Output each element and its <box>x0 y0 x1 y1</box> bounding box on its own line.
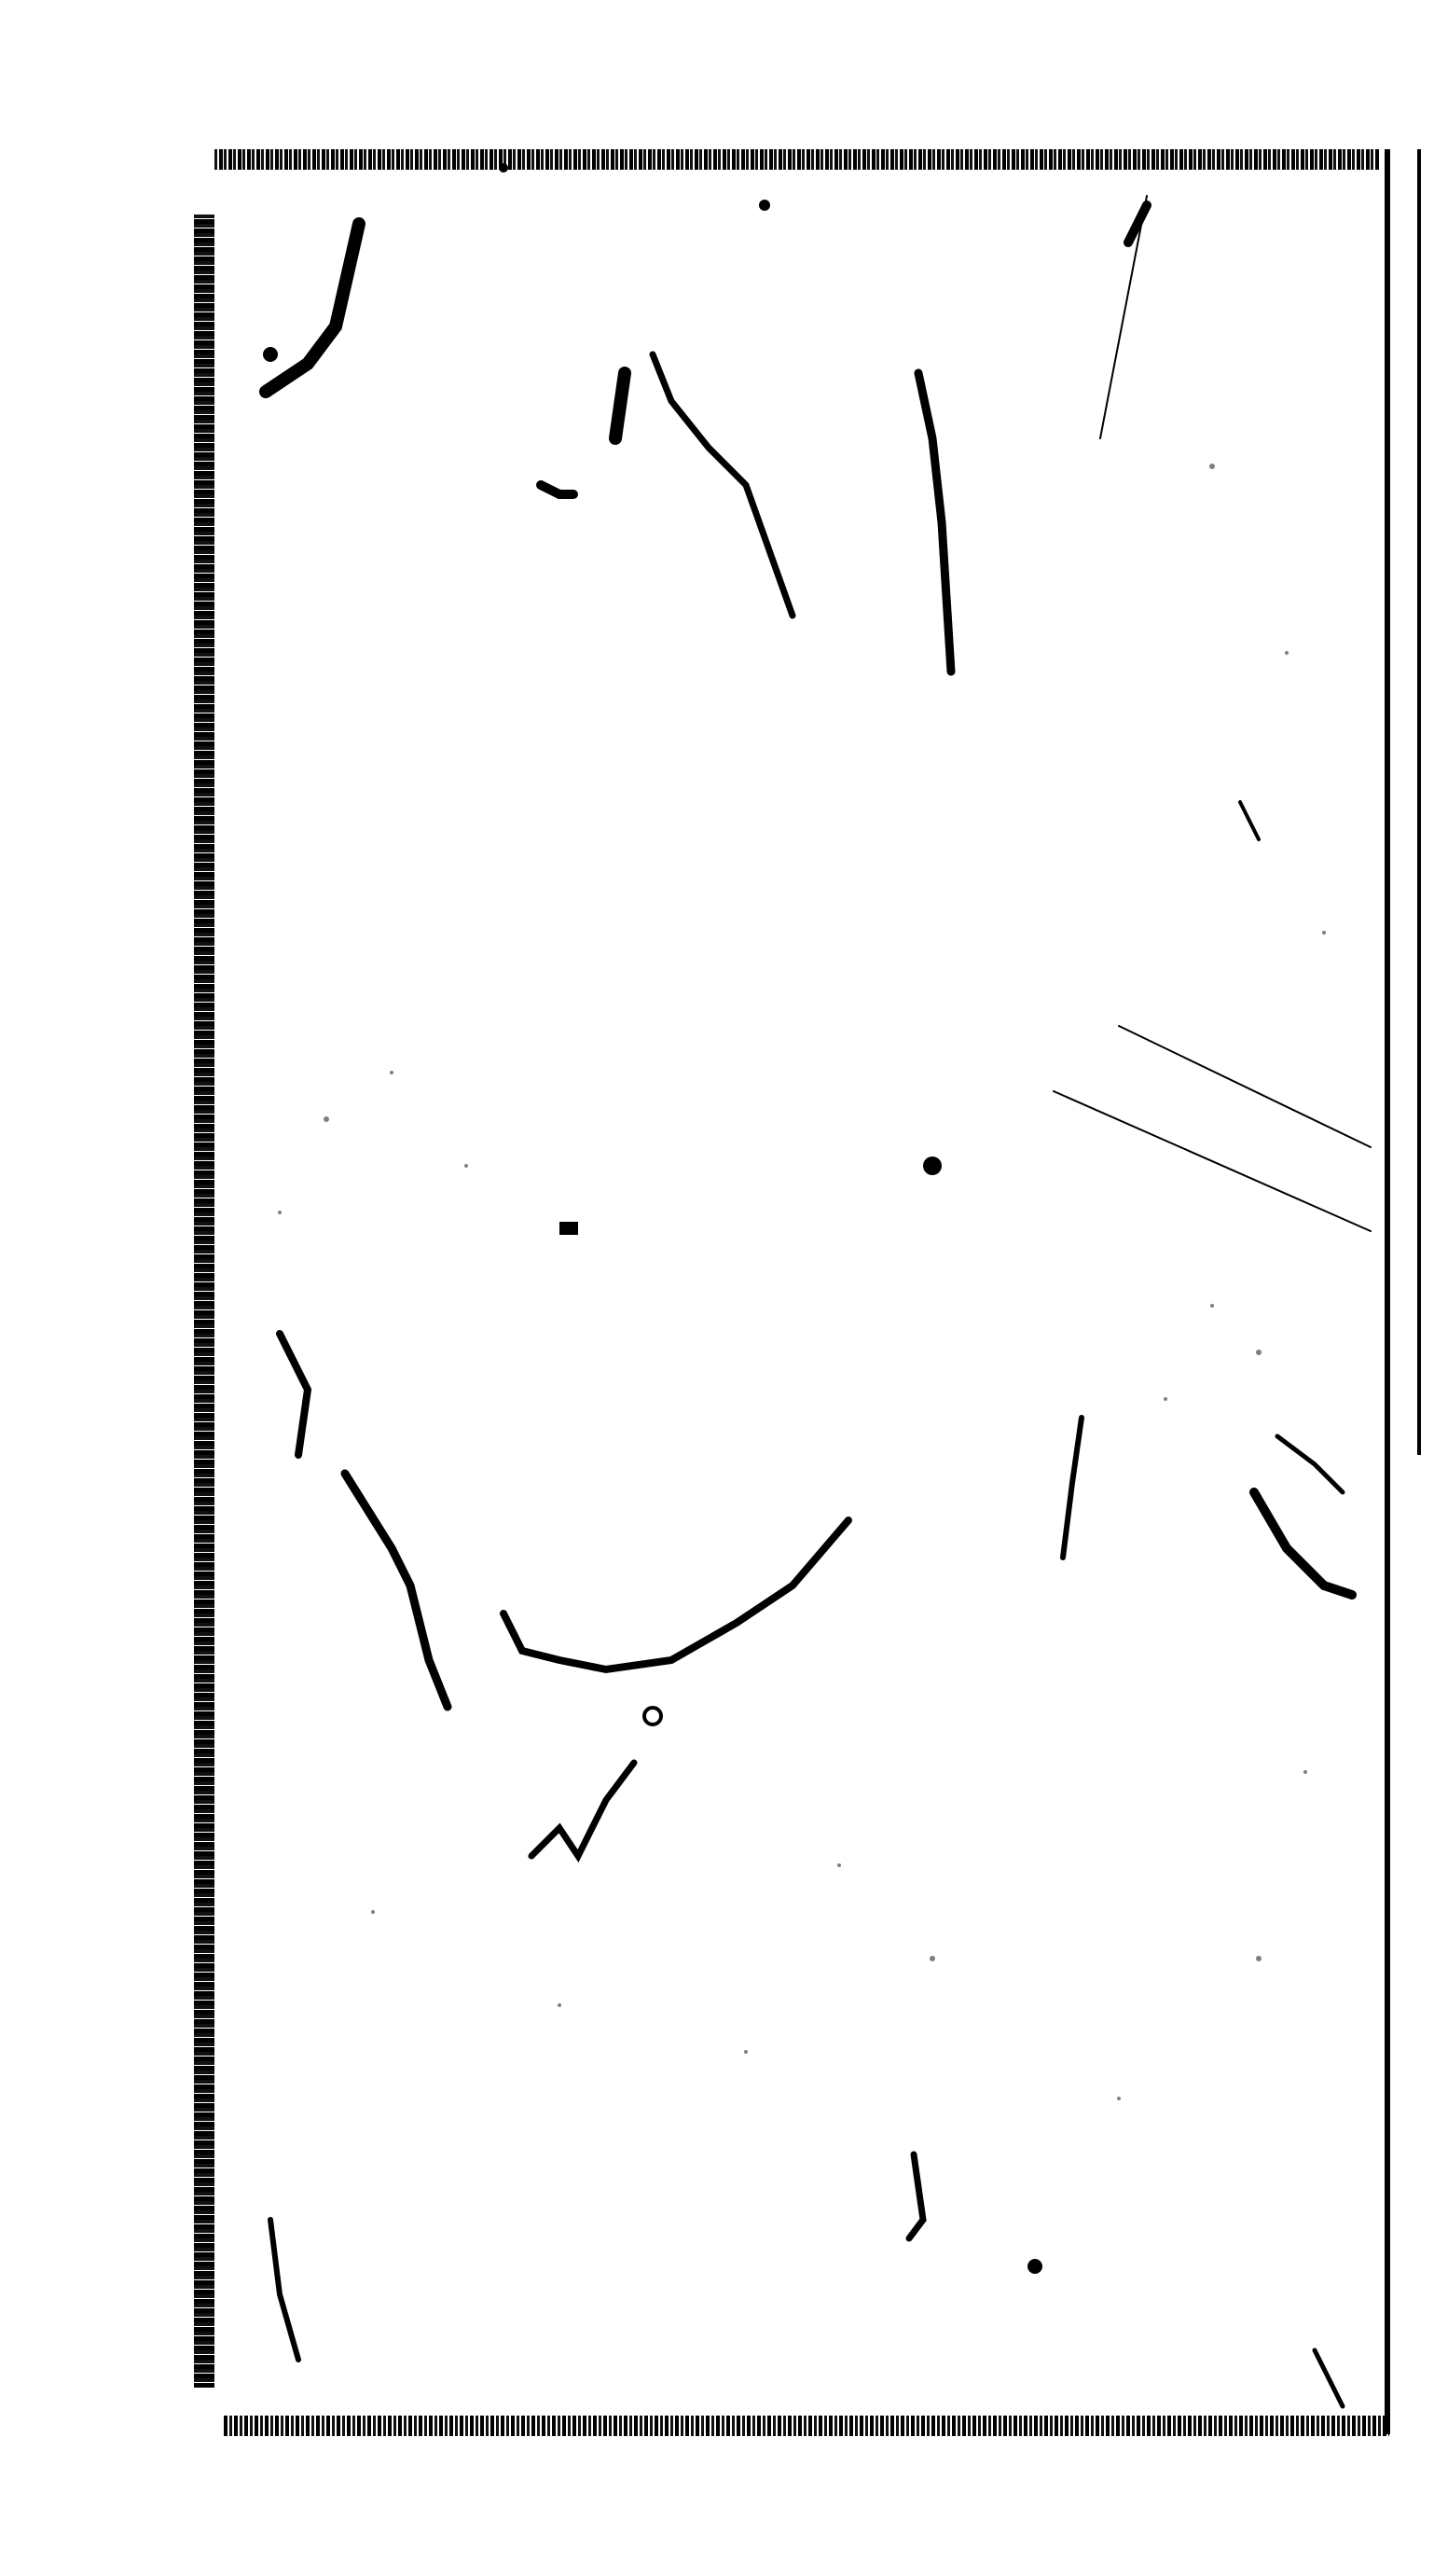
marbling-marks <box>0 0 1434 2576</box>
scanned-page: Blank marbled/worn cover, binarized scan… <box>0 0 1434 2576</box>
